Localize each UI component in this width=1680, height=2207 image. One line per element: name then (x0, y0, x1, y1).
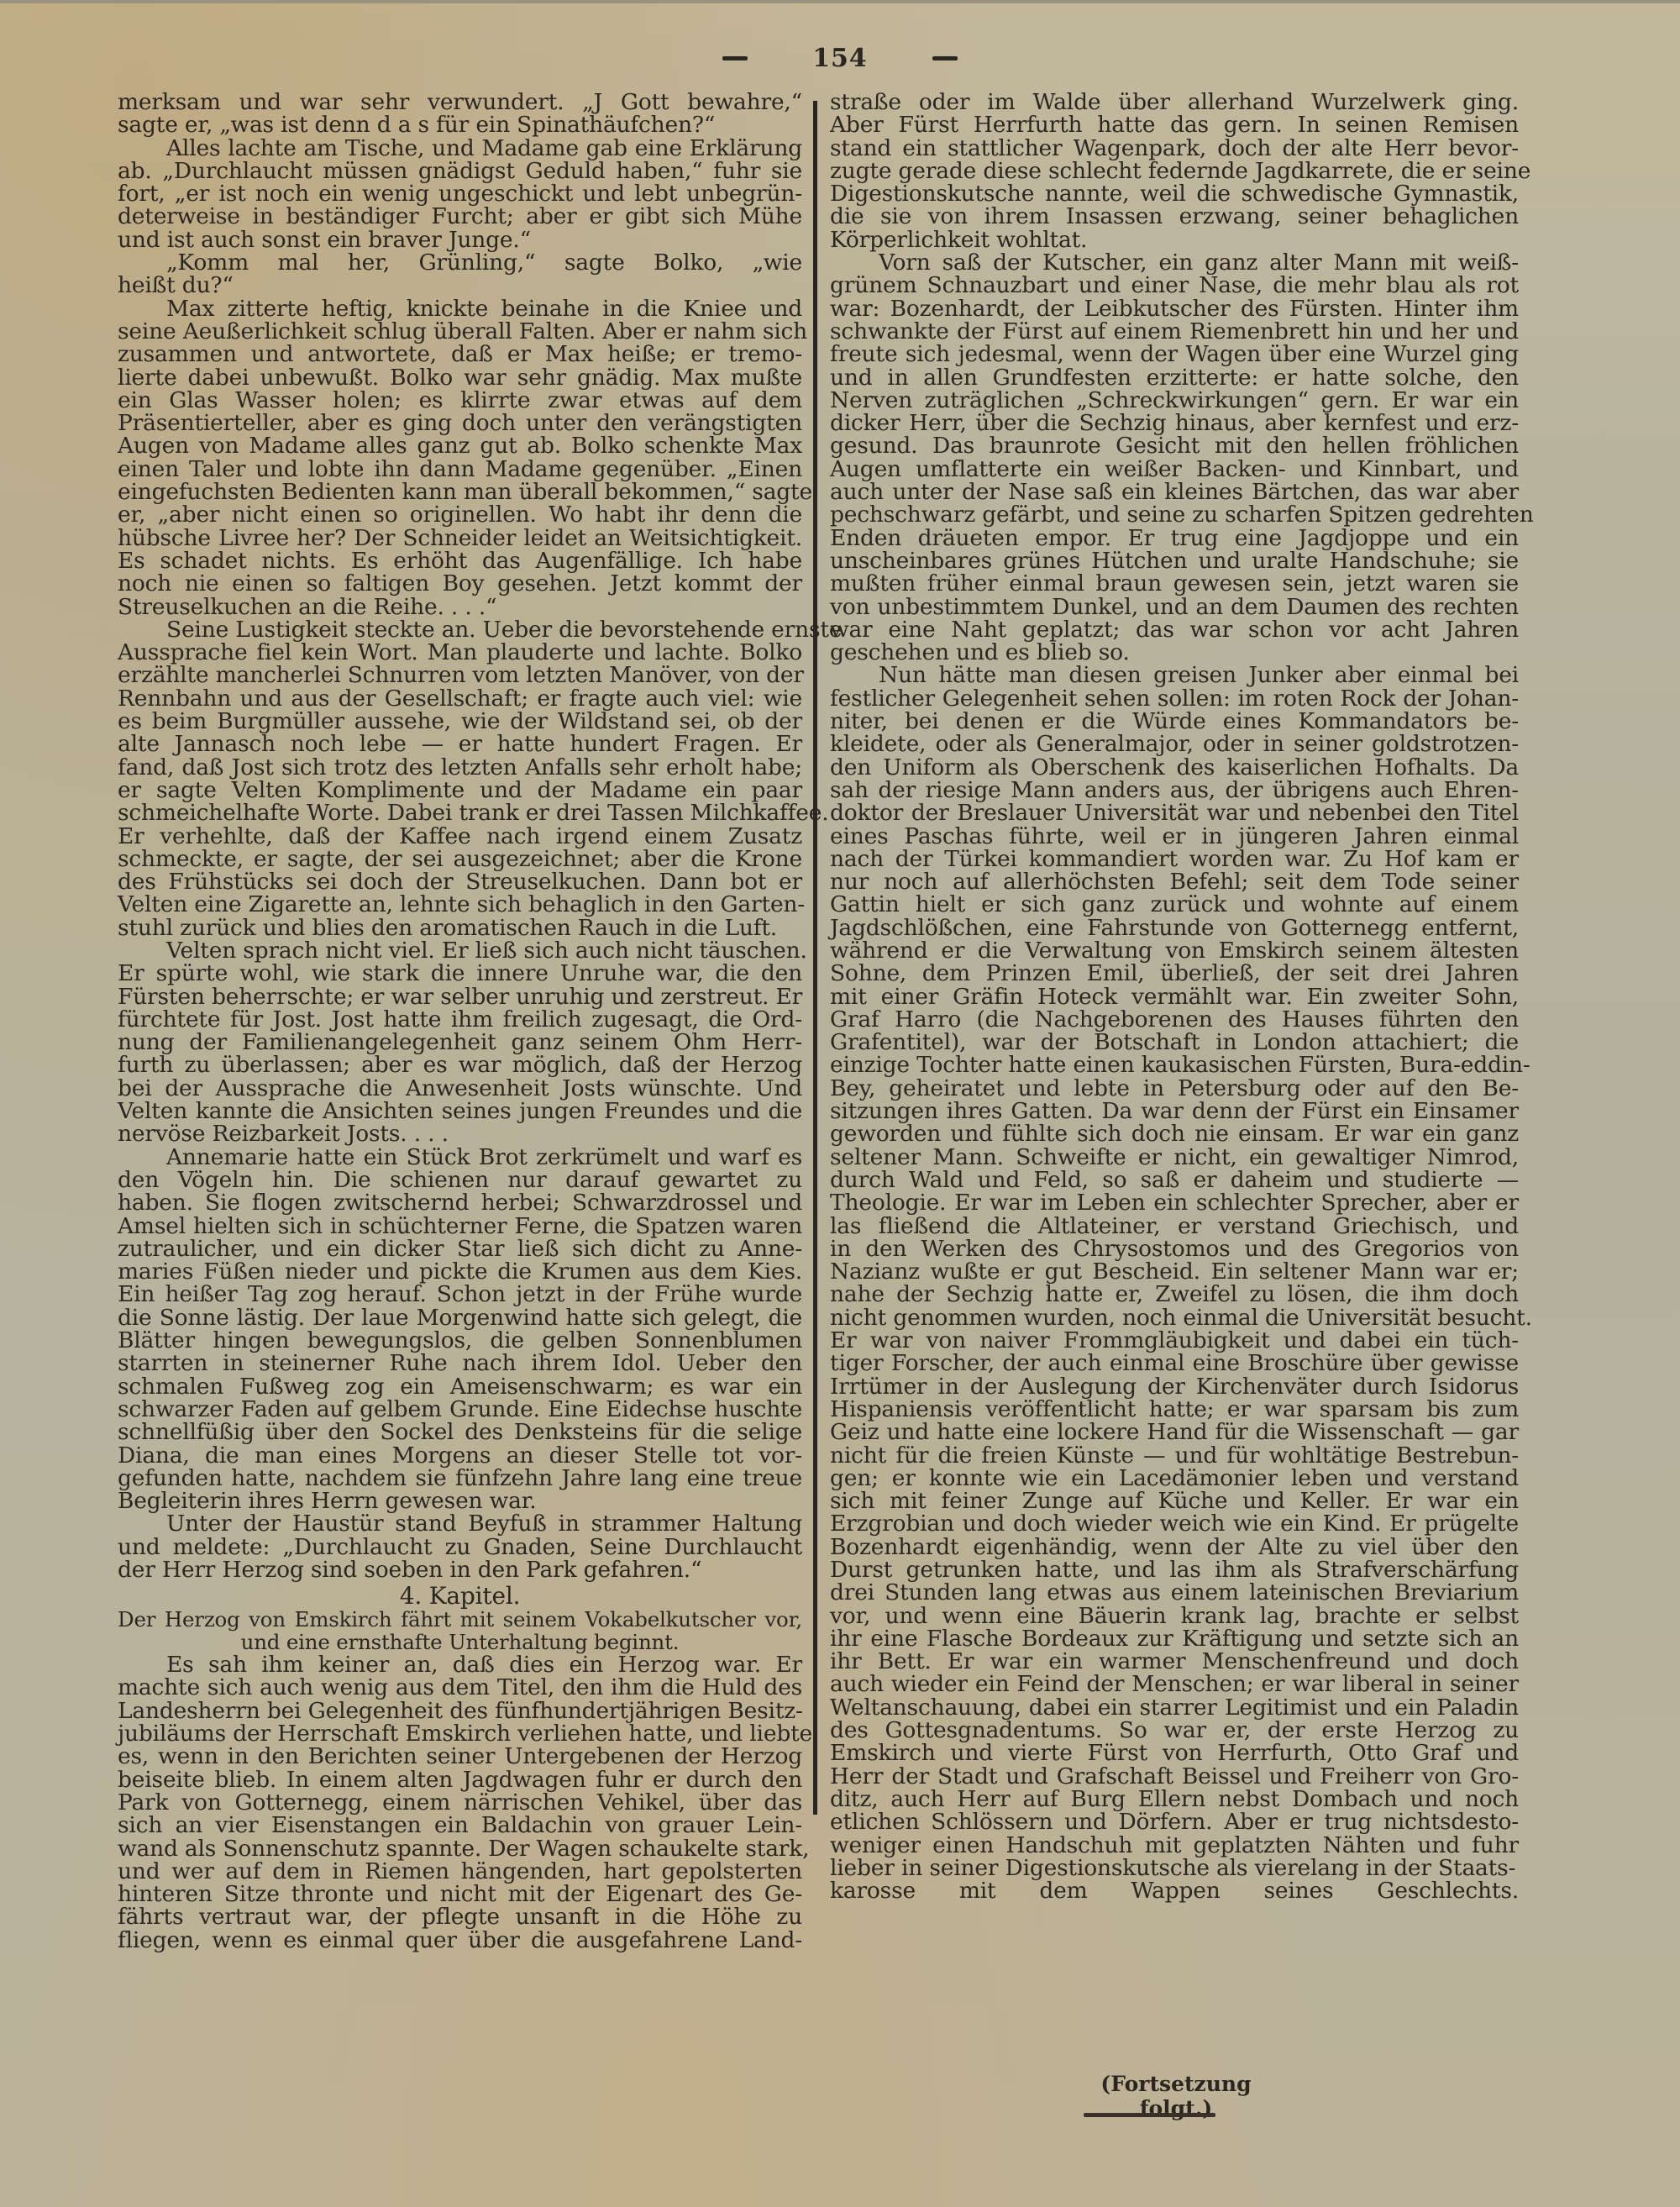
text-line: Jagdschlößchen, eine Fahrstunde von Gott… (830, 917, 1519, 939)
text-line: sich an vier Eisenstangen ein Baldachin … (118, 1814, 802, 1837)
text-line: Annemarie hatte ein Stück Brot zerkrümel… (118, 1146, 802, 1169)
text-line: Nun hätte man diesen greisen Junker aber… (830, 664, 1519, 686)
text-line: zutraulicher, und ein dicker Star ließ s… (118, 1237, 802, 1260)
text-line: nur noch auf allerhöchsten Befehl; seit … (830, 870, 1519, 893)
text-line: Ein heißer Tag zog herauf. Schon jetzt i… (118, 1283, 802, 1306)
text-line: nung der Familienangelegenheit ganz sein… (118, 1031, 802, 1054)
text-line: alte Jannasch noch lebe — er hatte hunde… (118, 733, 802, 755)
text-line: Graf Harro (die Nachgeborenen des Hauses… (830, 1008, 1519, 1031)
text-line: niter, bei denen er die Würde eines Komm… (830, 710, 1519, 733)
text-line: starrten in steinerner Ruhe nach ihrem I… (118, 1352, 802, 1374)
text-line: von unbestimmtem Dunkel, und an dem Daum… (830, 596, 1519, 618)
text-line: vor, und wenn eine Bäuerin krank lag, br… (830, 1605, 1519, 1627)
text-line: „Komm mal her, Grünling,“ sagte Bolko, „… (118, 251, 802, 274)
column-divider-rule (813, 101, 817, 1815)
text-line: freute sich jedesmal, wenn der Wagen übe… (830, 343, 1519, 365)
text-line: eingefuchsten Bedienten kann man überall… (118, 481, 802, 503)
text-line: Nazianz wußte er gut Bescheid. Ein selte… (830, 1260, 1519, 1283)
text-line: eines Paschas führte, weil er in jüngere… (830, 825, 1519, 848)
text-line: mußten früher einmal braun gewesen sein,… (830, 572, 1519, 595)
text-line: gen; er konnte wie ein Lacedämonier lebe… (830, 1467, 1519, 1490)
text-line: sagte er, „was ist denn d a s für ein Sp… (118, 113, 802, 136)
text-line: wand als Sonnenschutz spannte. Der Wagen… (118, 1837, 802, 1860)
text-line: weniger einen Handschuh mit geplatzten N… (830, 1834, 1519, 1857)
right-column: straße oder im Walde über allerhand Wurz… (830, 91, 1519, 1902)
text-line: Es sah ihm keiner an, daß dies ein Herzo… (118, 1653, 802, 1676)
text-line: tiger Forscher, der auch einmal eine Bro… (830, 1352, 1519, 1374)
text-line: Begleiterin ihres Herrn gewesen war. (118, 1490, 802, 1512)
header-dash-left (722, 56, 748, 60)
text-line: schwarzer Faden auf gelbem Grunde. Eine … (118, 1398, 802, 1421)
text-line: und ist auch sonst ein braver Junge.“ (118, 229, 802, 251)
text-line: den Vögeln hin. Die schienen nur darauf … (118, 1169, 802, 1191)
text-line: pechschwarz gefärbt, und seine zu scharf… (830, 503, 1519, 526)
text-line: Präsentierteller, aber es ging doch unte… (118, 412, 802, 434)
text-line: die sie von ihrem Insassen erzwang, sein… (830, 205, 1519, 228)
text-line: Erzgrobian und doch wieder weich wie ein… (830, 1512, 1519, 1535)
text-line: er sagte Velten Komplimente und der Mada… (118, 779, 802, 801)
text-line: Sohne, dem Prinzen Emil, überließ, der s… (830, 962, 1519, 985)
text-line: Durst getrunken hatte, und las ihm als S… (830, 1558, 1519, 1581)
text-line: Er verhehlte, daß der Kaffee nach irgend… (118, 825, 802, 848)
text-line: Aber Fürst Herrfurth hatte das gern. In … (830, 113, 1519, 136)
text-line: Diana, die man eines Morgens an dieser S… (118, 1444, 802, 1467)
text-line: Alles lachte am Tische, und Madame gab e… (118, 137, 802, 160)
text-line: sitzungen ihres Gatten. Da war denn der … (830, 1100, 1519, 1122)
text-line: schmeckte, er sagte, der sei ausgezeichn… (118, 848, 802, 870)
text-line: war: Bozenhardt, der Leibkutscher des Fü… (830, 297, 1519, 320)
text-line: Blätter hingen bewegungslos, die gelben … (118, 1329, 802, 1352)
text-line: Fürsten beherrschte; er war selber unruh… (118, 985, 802, 1008)
text-line: Gattin hielt er sich ganz zurück und woh… (830, 893, 1519, 916)
text-line: auch unter der Nase saß ein kleines Bärt… (830, 481, 1519, 503)
text-line: während er die Verwaltung von Emskirch s… (830, 939, 1519, 962)
text-line: fürchtete für Jost. Jost hatte ihm freil… (118, 1008, 802, 1031)
text-line: Rennbahn und aus der Gesellschaft; er fr… (118, 687, 802, 710)
text-line: ein Glas Wasser holen; es klirrte zwar e… (118, 389, 802, 412)
text-line: merksam und war sehr verwundert. „J Gott… (118, 91, 802, 113)
text-line: erzählte mancherlei Schnurren vom letzte… (118, 664, 802, 686)
text-line: Velten kannte die Ansichten seines junge… (118, 1100, 802, 1122)
text-line: Emskirch und vierte Fürst von Herrfurth,… (830, 1742, 1519, 1764)
text-line: furth zu überlassen; aber es war möglich… (118, 1054, 802, 1076)
text-line: sah der riesige Mann anders aus, der übr… (830, 779, 1519, 801)
text-line: Theologie. Er war im Leben ein schlechte… (830, 1191, 1519, 1214)
text-line: Bozenhardt eigenhändig, wenn der Alte zu… (830, 1536, 1519, 1558)
end-rule (1084, 2113, 1215, 2117)
text-line: des Frühstücks sei doch der Streuselkuch… (118, 870, 802, 893)
text-line: beiseite blieb. In einem alten Jagdwagen… (118, 1768, 802, 1791)
text-line: Velten eine Zigarette an, lehnte sich be… (118, 893, 802, 916)
text-line: karosse mit dem Wappen seines Geschlecht… (830, 1879, 1519, 1902)
text-line: Landesherrn bei Gelegenheit des fünfhund… (118, 1700, 802, 1722)
text-line: ihr eine Flasche Bordeaux zur Kräftigung… (830, 1627, 1519, 1650)
text-line: geworden und fühlte sich doch nie einsam… (830, 1122, 1519, 1145)
text-line: ihr Bett. Er war ein warmer Menschenfreu… (830, 1650, 1519, 1673)
text-line: bei der Aussprache die Anwesenheit Josts… (118, 1077, 802, 1100)
page-header: 154 (0, 44, 1680, 77)
text-line: es, wenn in den Berichten seiner Unterge… (118, 1745, 802, 1768)
text-line: ab. „Durchlaucht müssen gnädigst Geduld … (118, 160, 802, 182)
text-line: Digestionskutsche nannte, weil die schwe… (830, 182, 1519, 205)
text-line: fort, „er ist noch ein wenig ungeschickt… (118, 182, 802, 205)
text-line: er, „aber nicht einen so originellen. Wo… (118, 503, 802, 526)
page-top-edge (0, 0, 1680, 3)
text-line: Velten sprach nicht viel. Er ließ sich a… (118, 939, 802, 962)
text-line: Augen von Madame alles ganz gut ab. Bolk… (118, 434, 802, 457)
text-line: schmalen Fußweg zog ein Ameisenschwarm; … (118, 1375, 802, 1398)
text-line: Geiz und hatte eine lockere Hand für die… (830, 1421, 1519, 1443)
text-line: Es schadet nichts. Es erhöht das Augenfä… (118, 549, 802, 572)
text-line: Unter der Haustür stand Beyfuß in stramm… (118, 1512, 802, 1535)
text-line: gefunden hatte, nachdem sie fünfzehn Jah… (118, 1467, 802, 1490)
text-line: fährts vertraut war, der pflegte unsanft… (118, 1905, 802, 1928)
text-line: Irrtümer in der Auslegung der Kirchenvät… (830, 1375, 1519, 1398)
text-line: der Herr Herzog sind soeben in den Park … (118, 1558, 802, 1581)
text-line: einzige Tochter hatte einen kaukasischen… (830, 1054, 1519, 1076)
text-line: jubiläums der Herrschaft Emskirch verlie… (118, 1722, 802, 1745)
text-line: Bey, geheiratet und lebte in Petersburg … (830, 1077, 1519, 1100)
text-line: des Gottesgnadentums. So war er, der ers… (830, 1719, 1519, 1742)
text-line: Er war von naiver Frommgläubigkeit und d… (830, 1329, 1519, 1352)
text-line: hinteren Sitze thronte und nicht mit der… (118, 1883, 802, 1905)
text-line: fand, daß Jost sich trotz des letzten An… (118, 756, 802, 779)
text-line: Streuselkuchen an die Reihe. . . .“ (118, 596, 802, 618)
text-line: und in allen Grundfesten erzitterte: er … (830, 366, 1519, 389)
text-line: die Sonne lästig. Der laue Morgenwind ha… (118, 1306, 802, 1329)
text-line: nach der Türkei kommandiert worden war. … (830, 848, 1519, 870)
text-line: las fließend die Altlateiner, er verstan… (830, 1215, 1519, 1237)
text-line: Amsel hielten sich in schüchterner Ferne… (118, 1215, 802, 1237)
text-line: nervöse Reizbarkeit Josts. . . . (118, 1122, 802, 1145)
text-line: festlicher Gelegenheit sehen sollen: im … (830, 687, 1519, 710)
text-line: heißt du?“ (118, 274, 802, 297)
header-dash-right (932, 56, 958, 60)
left-column: merksam und war sehr verwundert. „J Gott… (118, 91, 802, 1952)
text-line: einen Taler und lobte ihn dann Madame ge… (118, 458, 802, 481)
text-line: dicker Herr, über die Sechzig hinaus, ab… (830, 412, 1519, 434)
text-line: lieber in seiner Digestionskutsche als v… (830, 1857, 1519, 1879)
text-line: schnellfüßig über den Sockel des Denkste… (118, 1421, 802, 1443)
text-line: Nerven zuträglichen „Schreckwirkungen“ g… (830, 389, 1519, 412)
text-line: Herr der Stadt und Grafschaft Beissel un… (830, 1765, 1519, 1788)
chapter-subtitle: Der Herzog von Emskirch fährt mit seinem… (118, 1608, 802, 1631)
text-line: fliegen, wenn es einmal quer über die au… (118, 1929, 802, 1952)
text-line: nahe der Sechzig hatte er, Zweifel zu lö… (830, 1283, 1519, 1306)
text-line: stand ein stattlicher Wagenpark, doch de… (830, 137, 1519, 160)
text-line: Weltanschauung, dabei ein starrer Legiti… (830, 1696, 1519, 1719)
text-line: zugte gerade diese schlecht federnde Jag… (830, 160, 1519, 182)
text-line: drei Stunden lang etwas aus einem latein… (830, 1581, 1519, 1604)
text-line: geschehen und es blieb so. (830, 641, 1519, 664)
text-line: Park von Gotternegg, einem närrischen Ve… (118, 1791, 802, 1814)
text-line: auch wieder ein Feind der Menschen; er w… (830, 1673, 1519, 1695)
text-line: hübsche Livree her? Der Schneider leidet… (118, 527, 802, 549)
text-line: schmeichelhafte Worte. Dabei trank er dr… (118, 801, 802, 824)
text-line: seine Aeußerlichkeit schlug überall Falt… (118, 320, 802, 343)
text-line: Enden dräueten empor. Er trug eine Jagdj… (830, 527, 1519, 549)
text-line: den Uniform als Oberschenk des kaiserlic… (830, 756, 1519, 779)
text-line: machte sich auch wenig aus dem Titel, de… (118, 1676, 802, 1699)
text-line: gesund. Das braunrote Gesicht mit den he… (830, 434, 1519, 457)
text-line: und meldete: „Durchlaucht zu Gnaden, Sei… (118, 1536, 802, 1558)
text-line: ditz, auch Herr auf Burg Ellern nebst Do… (830, 1788, 1519, 1810)
page-number: 154 (812, 44, 868, 73)
text-line: nicht genommen wurden, noch einmal die U… (830, 1306, 1519, 1329)
text-line: in den Werken des Chrysostomos und des G… (830, 1237, 1519, 1260)
text-line: stuhl zurück und blies den aromatischen … (118, 917, 802, 939)
text-line: Seine Lustigkeit steckte an. Ueber die b… (118, 618, 802, 641)
text-line: Augen umflatterte ein weißer Backen- und… (830, 458, 1519, 481)
text-line: straße oder im Walde über allerhand Wurz… (830, 91, 1519, 113)
text-line: haben. Sie flogen zwitschernd herbei; Sc… (118, 1191, 802, 1214)
text-line: nicht für die freien Künste — und für wo… (830, 1444, 1519, 1467)
text-line: noch nie einen so faltigen Boy gesehen. … (118, 572, 802, 595)
text-line: doktor der Breslauer Universität war und… (830, 801, 1519, 824)
text-line: mit einer Gräfin Hoteck vermählt war. Ei… (830, 985, 1519, 1008)
text-line: kleidete, oder als Generalmajor, oder in… (830, 733, 1519, 755)
text-line: durch Wald und Feld, so saß er daheim un… (830, 1169, 1519, 1191)
text-line: Aussprache fiel kein Wort. Man plauderte… (118, 641, 802, 664)
text-line: seltener Mann. Schweifte er nicht, ein g… (830, 1146, 1519, 1169)
text-line: Körperlichkeit wohltat. (830, 229, 1519, 251)
text-line: Grafentitel), war der Botschaft in Londo… (830, 1031, 1519, 1054)
text-line: zusammen und antwortete, daß er Max heiß… (118, 343, 802, 365)
text-line: deterweise in beständiger Furcht; aber e… (118, 205, 802, 228)
text-line: Vorn saß der Kutscher, ein ganz alter Ma… (830, 251, 1519, 274)
text-line: unscheinbares grünes Hütchen und uralte … (830, 549, 1519, 572)
text-line: schwankte der Fürst auf einem Riemenbret… (830, 320, 1519, 343)
text-line: war eine Naht geplatzt; das war schon vo… (830, 618, 1519, 641)
text-line: sich mit feiner Zunge auf Küche und Kell… (830, 1490, 1519, 1512)
text-line: es beim Burgmüller aussehe, wie der Wild… (118, 710, 802, 733)
text-line: Er spürte wohl, wie stark die innere Unr… (118, 962, 802, 985)
text-line: Hispaniensis veröffentlicht hatte; er wa… (830, 1398, 1519, 1421)
text-line: etlichen Schlössern und Dörfern. Aber er… (830, 1810, 1519, 1833)
text-line: grünem Schnauzbart und einer Nase, die m… (830, 274, 1519, 297)
text-line: lierte dabei unbewußt. Bolko war sehr gn… (118, 366, 802, 389)
text-line: und wer auf dem in Riemen hängenden, har… (118, 1860, 802, 1883)
chapter-title: 4. Kapitel. (118, 1584, 802, 1607)
chapter-subtitle: und eine ernsthafte Unterhaltung beginnt… (118, 1631, 802, 1653)
text-line: maries Füßen nieder und pickte die Krume… (118, 1260, 802, 1283)
text-line: Max zitterte heftig, knickte beinahe in … (118, 297, 802, 320)
